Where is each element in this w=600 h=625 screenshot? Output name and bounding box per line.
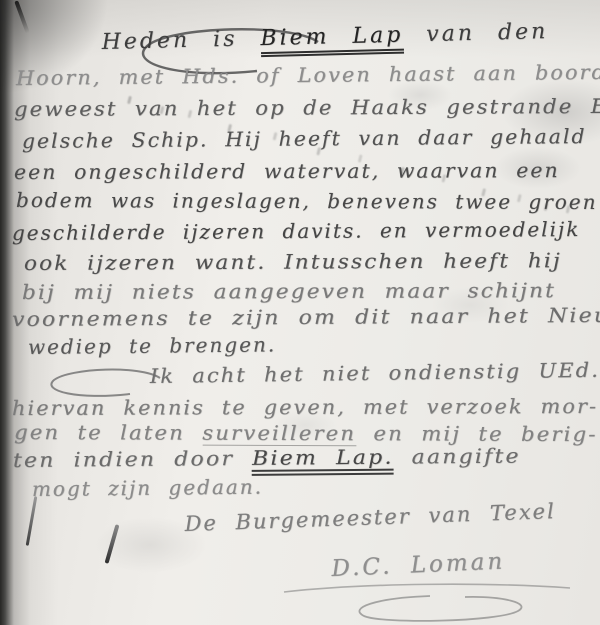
manuscript-line: geweest van het op de Haaks gestrande En… (14, 94, 600, 121)
manuscript-line: ook ijzeren want. Intusschen heeft hij (24, 248, 562, 275)
stray-ink-stroke (26, 496, 38, 546)
manuscript-line: wediep te brengen. (28, 332, 277, 359)
manuscript-photo: Heden is Biem Lap van den Hoorn, met Hds… (0, 0, 600, 625)
line-text: aangifte (393, 444, 520, 469)
line-text: van den (403, 19, 549, 48)
manuscript-line: bodem was ingeslagen, benevens twee groe… (16, 188, 598, 214)
signature: D.C. Loman (331, 548, 506, 582)
manuscript-line: Ik acht het niet ondienstig UEd. (150, 358, 600, 388)
stray-ink-stroke (14, 0, 29, 33)
manuscript-line: gen te laten surveilleren en mij te beri… (14, 420, 598, 446)
manuscript-line: gelsche Schip. Hij heeft van daar gehaal… (22, 124, 587, 153)
closing-line: De Burgemeester van Texel (184, 499, 556, 536)
underlined-word: surveilleren (202, 421, 356, 447)
manuscript-line: geschilderde ijzeren davits. en vermoede… (12, 217, 581, 245)
line-text: ten indien door (13, 446, 252, 472)
manuscript-line: bij mij niets aangegeven maar schijnt (22, 278, 556, 304)
underlined-name: Biem Lap. (252, 445, 394, 476)
manuscript-line: Hoorn, met Hds. of Loven haast aan boord (16, 60, 600, 90)
manuscript-line: voornemens te zijn om dit naar het Nieu- (12, 303, 600, 331)
signature-paraph-flourish (280, 578, 575, 624)
manuscript-line: mogt zijn gedaan. (32, 475, 263, 501)
line-text: Heden is (101, 26, 260, 55)
manuscript-line: ten indien door Biem Lap. aangifte (13, 444, 521, 472)
underlined-name: Biem Lap (260, 23, 404, 57)
line-text: en mij te berig- (356, 421, 597, 446)
manuscript-line: een ongeschilderd watervat, waarvan een (14, 158, 560, 184)
line-text: gen te laten (14, 420, 202, 445)
manuscript-line: Heden is Biem Lap van den (101, 19, 548, 55)
stray-ink-stroke (105, 524, 120, 564)
manuscript-line: hiervan kennis te geven, met verzoek mor… (12, 394, 598, 420)
